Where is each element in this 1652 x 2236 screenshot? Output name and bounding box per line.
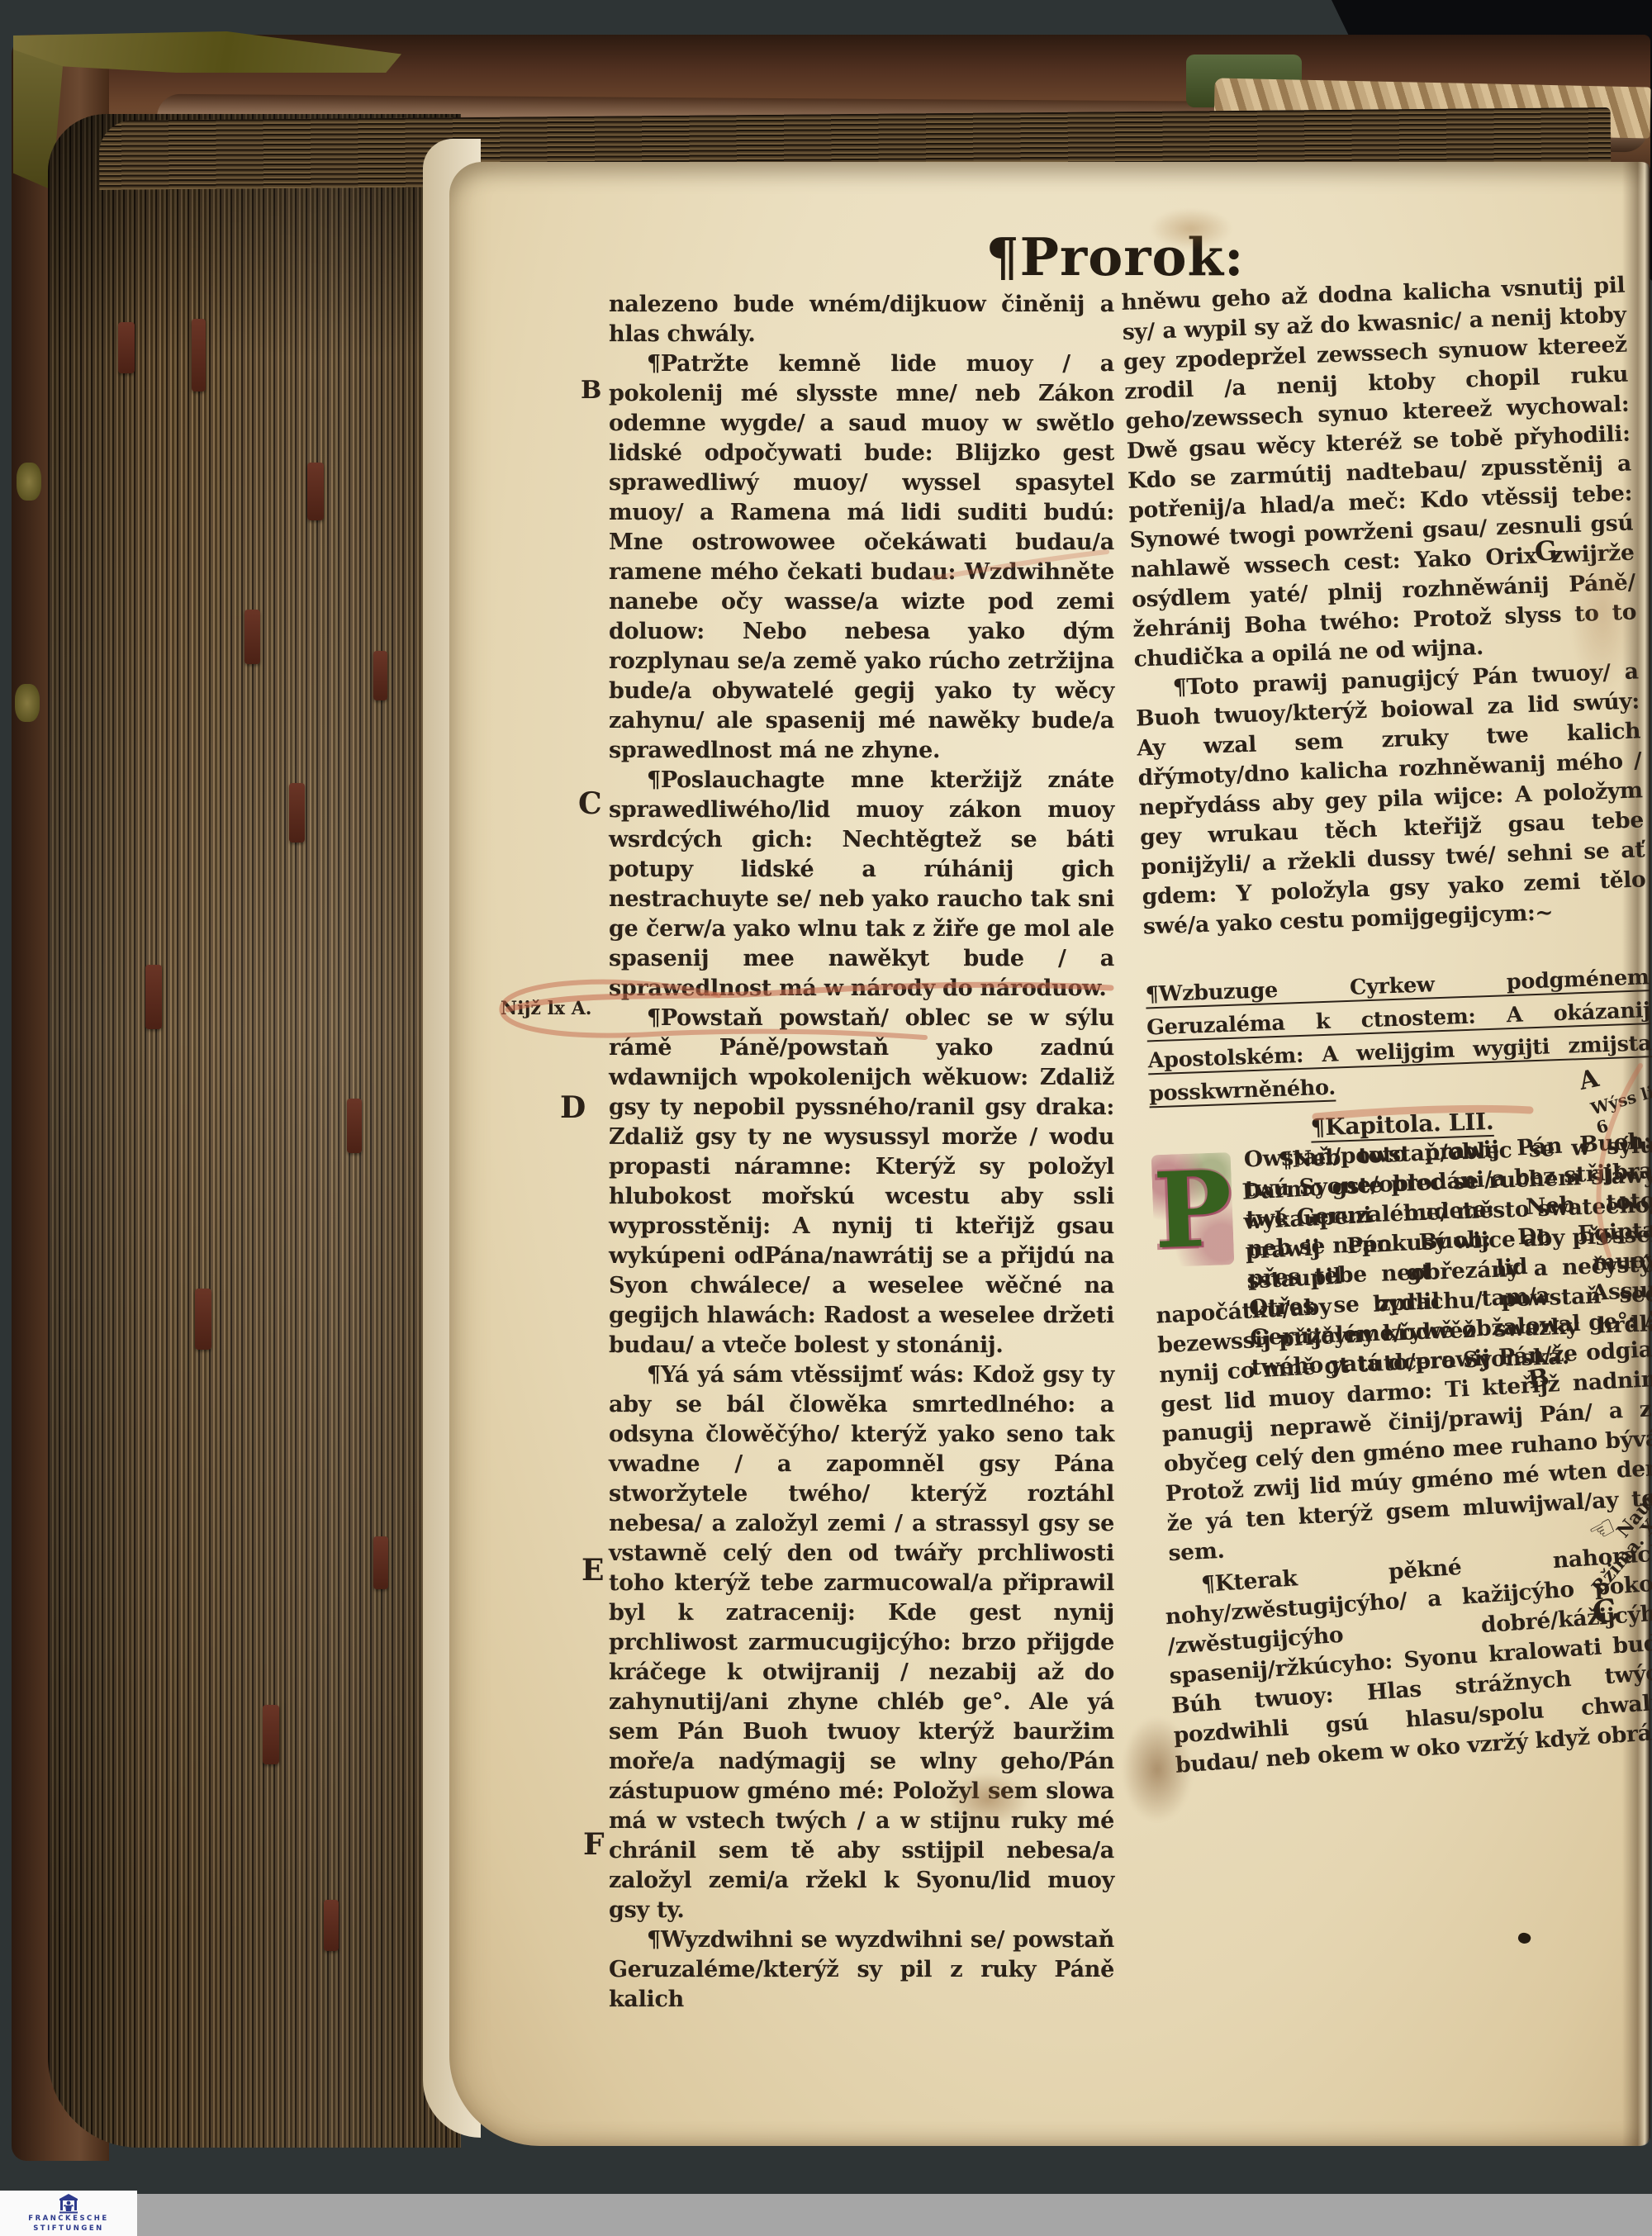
paragraph: ¶Wyzdwihni se wyzdwihni se/ powstaň Geru…	[609, 1925, 1114, 2015]
bookmark-tab	[289, 783, 305, 843]
bookmark-tab	[192, 319, 206, 392]
right-text-column: hněwu geho až dodna kalicha vsnutij pil …	[1121, 271, 1652, 1773]
bookmark-tab	[347, 1099, 362, 1153]
watermark-text-line1: FRANCKESCHE	[28, 2215, 108, 2223]
bookmark-tab	[263, 1705, 279, 1764]
bookmark-tab	[244, 610, 260, 664]
watermark-text-line2: STIFTUNGEN	[33, 2224, 104, 2233]
book-photograph: ¶Prorok: nalezeno bude wném/dijkuow čině…	[0, 0, 1652, 2236]
paragraph: ¶Patržte kemně lide muoy / a pokolenij m…	[609, 349, 1114, 766]
margin-letter-g: G	[1533, 534, 1559, 568]
paragraph: ¶Kterak pěkné nahorach nohy/zwěstugijcýh…	[1162, 1539, 1652, 1781]
paragraph: nalezeno bude wném/dijkuow činěnij a hla…	[609, 290, 1114, 349]
brass-clasp-remnant	[17, 463, 41, 501]
fore-edge-pages	[48, 114, 461, 2148]
paragraph: ¶Neb toto prawij Pán Buoh: Darmo gste pr…	[1147, 1127, 1652, 1569]
paragraph: ¶Yá yá sám vtěssijmť wás: Kdož gsy ty ab…	[609, 1360, 1114, 1925]
bookmark-tab	[118, 322, 135, 373]
watermark-logo: FRANCKESCHE STIFTUNGEN	[0, 2191, 137, 2236]
brass-clasp-remnant	[15, 684, 40, 722]
left-text-column: nalezeno bude wném/dijkuow činěnij a hla…	[609, 290, 1114, 2015]
running-title: ¶Prorok:	[867, 226, 1363, 287]
stain	[1150, 208, 1232, 249]
bookmark-tab	[324, 1900, 339, 1951]
bookmark-tab	[195, 1289, 211, 1350]
margin-letter-c: C	[578, 786, 602, 821]
paragraph: hněwu geho až dodna kalicha vsnutij pil …	[1121, 271, 1638, 675]
bookmark-tab	[373, 1536, 388, 1589]
paragraph: ¶Toto prawij panugijcý Pán twuoy/ a Buoh…	[1134, 657, 1647, 942]
stain	[947, 1773, 1029, 1825]
bookmark-tab	[307, 463, 324, 520]
margin-letter-d: D	[560, 1090, 586, 1125]
paragraph: ¶Poslauchagte mne kteržijž znáte sprawed…	[609, 766, 1114, 1004]
margin-letter-f: F	[583, 1827, 605, 1862]
stain	[1569, 529, 1635, 694]
franckesche-stiftungen-logo-icon	[58, 2194, 79, 2214]
bookmark-tab	[373, 651, 387, 700]
margin-note-niz-lx: Nijž lx A.	[501, 998, 616, 1019]
chapter-summary: ¶Wzbuzuge Cyrkew podgménem Geruzaléma k …	[1145, 961, 1652, 1110]
margin-letter-e: E	[582, 1553, 604, 1588]
margin-letter-b: B	[581, 376, 601, 405]
scanner-tray-strip	[0, 2194, 1652, 2236]
stain	[1122, 1716, 1193, 1822]
bookmark-tab	[145, 965, 162, 1029]
paragraph: ¶Powstaň powstaň/ oblec se w sýlu rámě P…	[609, 1004, 1114, 1360]
